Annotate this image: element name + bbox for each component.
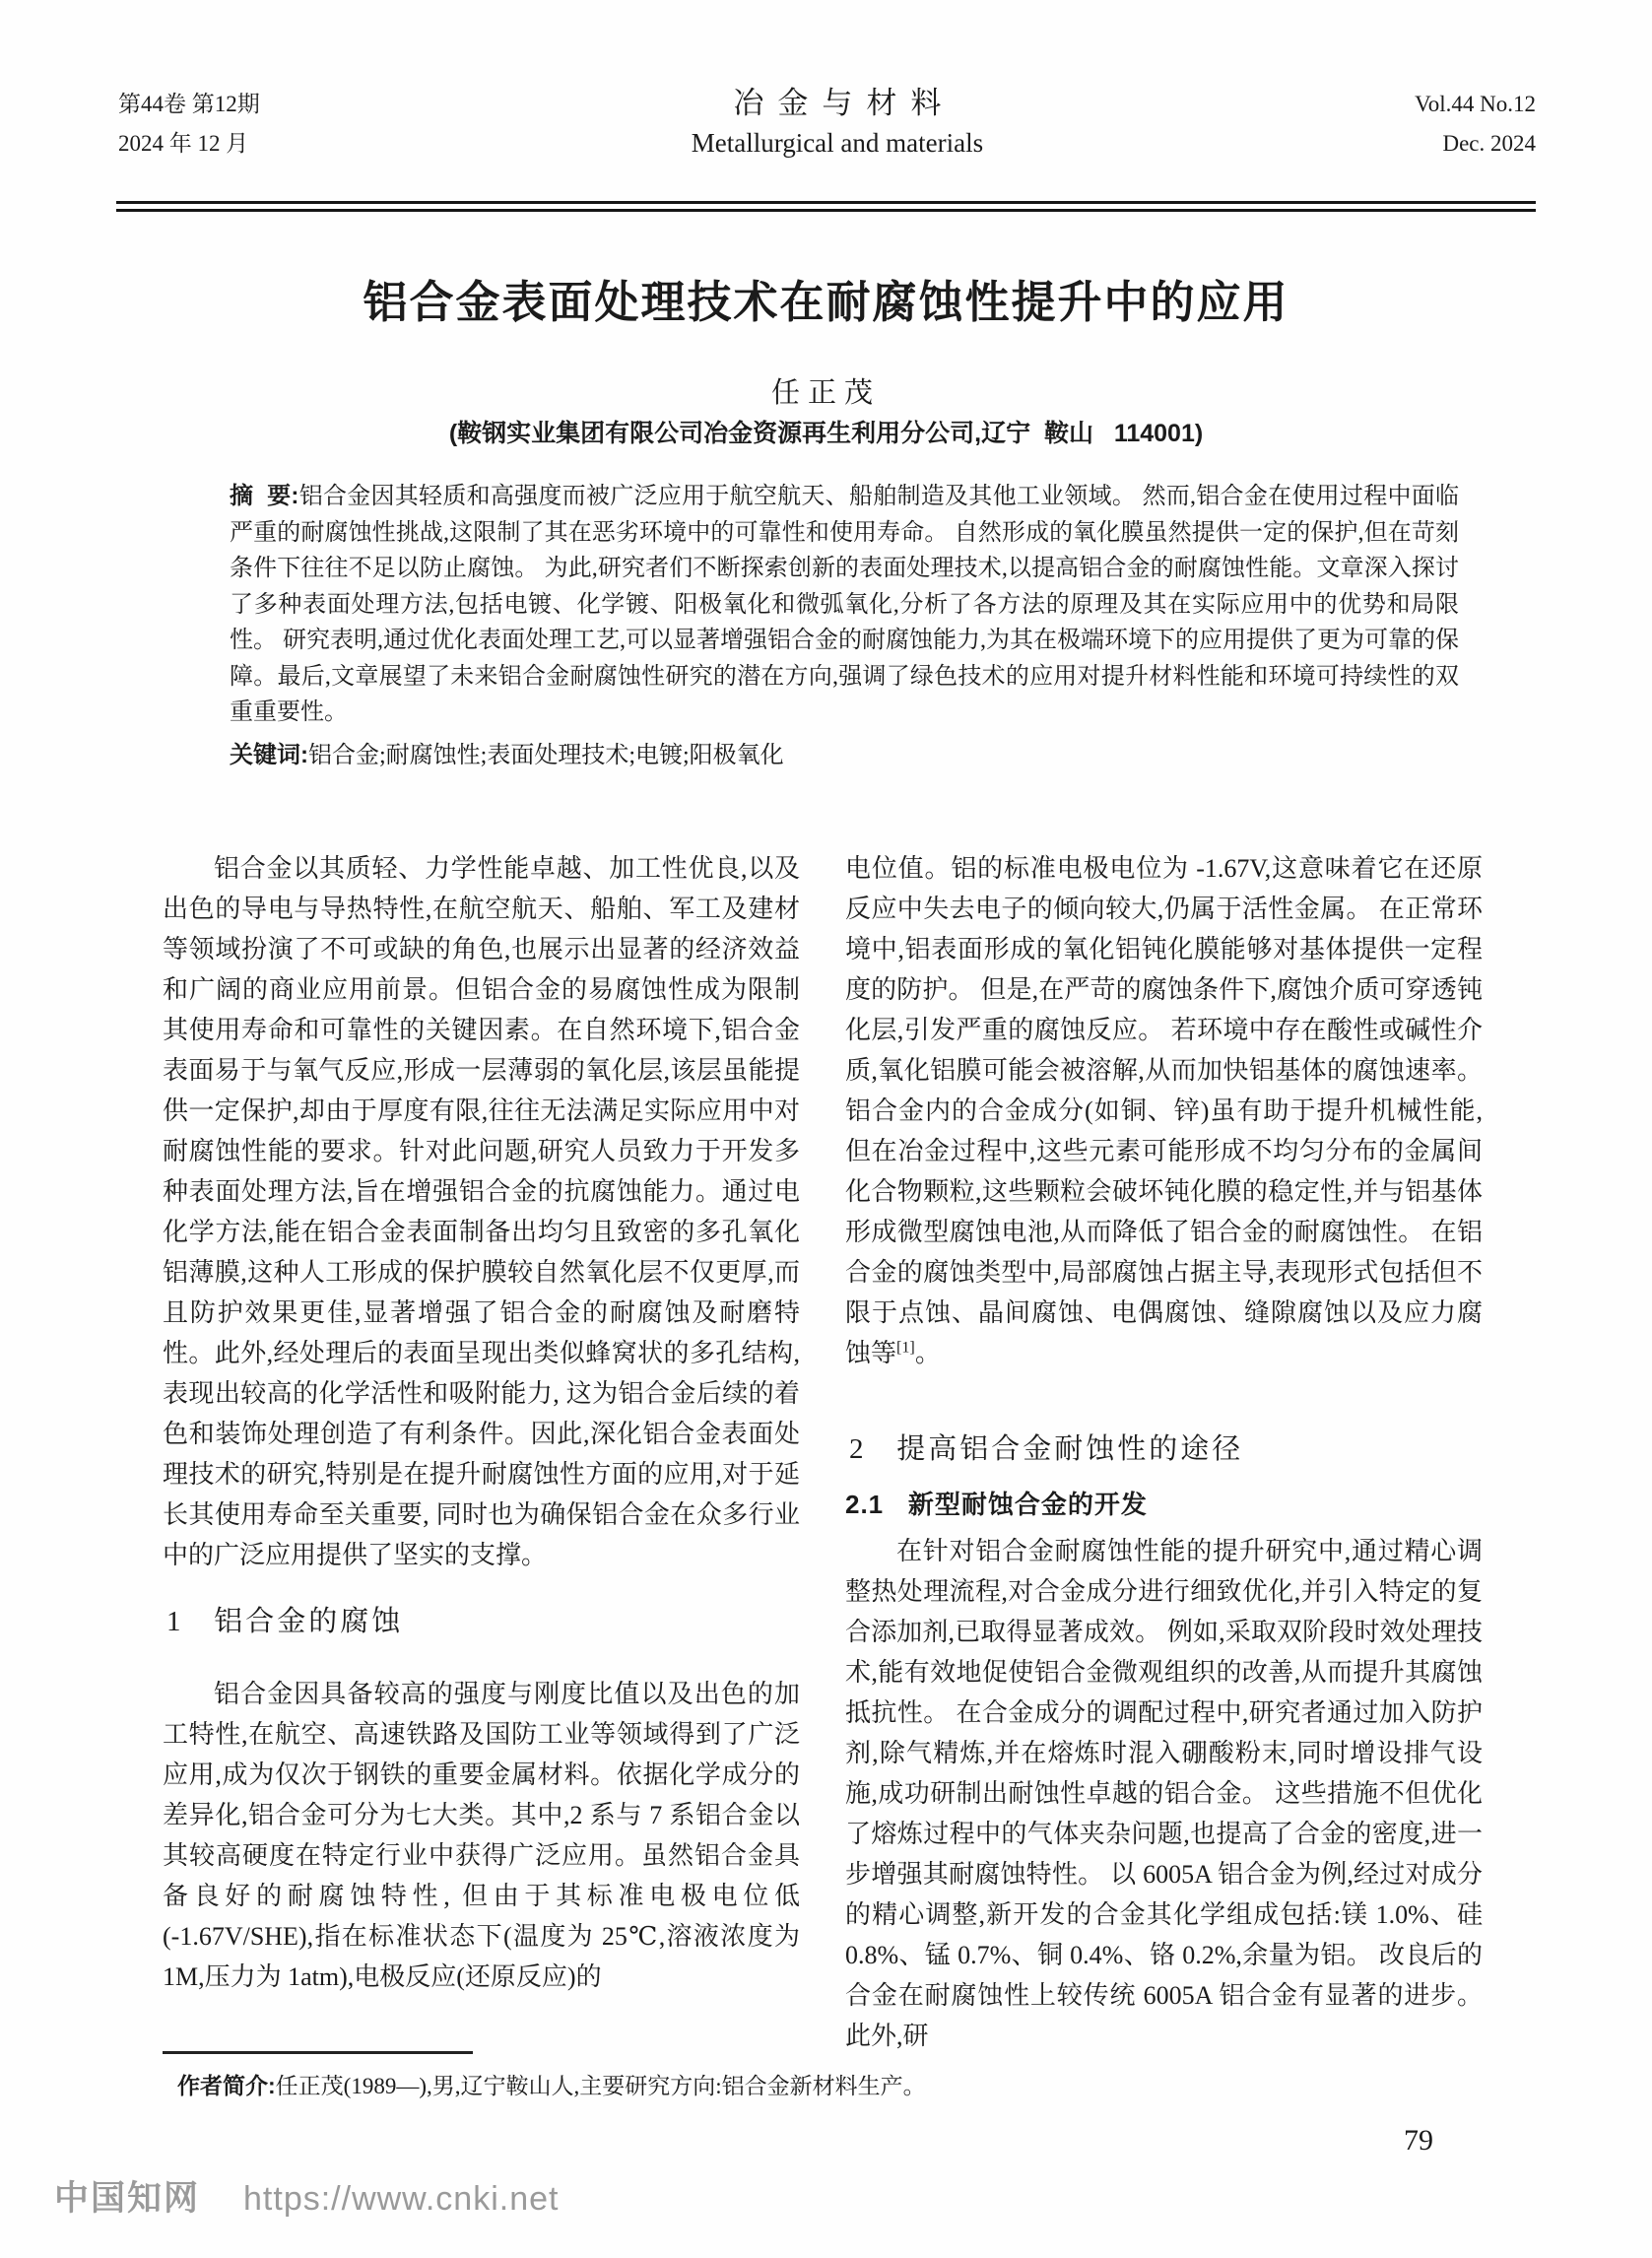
header-double-rule bbox=[116, 201, 1536, 212]
journal-date-cn: 2024 年 12 月 bbox=[118, 124, 260, 164]
footnote-rule bbox=[163, 2051, 473, 2054]
journal-volume-issue: 第44卷 第12期 bbox=[118, 85, 260, 124]
page-number: 79 bbox=[1377, 2124, 1460, 2158]
section2-paragraph: 在针对铝合金耐腐蚀性能的提升研究中,通过精心调整热处理流程,对合金成分进行细致优… bbox=[845, 1531, 1483, 2056]
intro-paragraph: 铝合金以其质轻、力学性能卓越、加工性优良,以及出色的导电与导热特性,在航空航天、… bbox=[163, 848, 800, 1575]
watermark-logo-text: 中国知网 bbox=[54, 2171, 200, 2221]
subsection-heading-2-1: 2.1 新型耐蚀合金的开发 bbox=[845, 1488, 1483, 1521]
section-heading-2: 2 提高铝合金耐蚀性的途径 bbox=[849, 1432, 1483, 1466]
abstract-text: 铝合金因其轻质和高强度而被广泛应用于航空航天、船舶制造及其他工业领域。 然而,铝… bbox=[230, 484, 1459, 725]
body-columns: 铝合金以其质轻、力学性能卓越、加工性优良,以及出色的导电与导热特性,在航空航天、… bbox=[163, 848, 1483, 2056]
journal-title-en: Metallurgical and materials bbox=[692, 122, 983, 164]
watermark-url: https://www.cnki.net bbox=[243, 2180, 559, 2219]
article-author: 任正茂 bbox=[0, 370, 1652, 411]
masthead: 第44卷 第12期 2024 年 12 月 冶金与材料 Metallurgica… bbox=[118, 85, 1536, 164]
paragraph-end: 。 bbox=[915, 1339, 941, 1367]
abstract-paragraph: 摘 要:铝合金因其轻质和高强度而被广泛应用于航空航天、船舶制造及其他工业领域。 … bbox=[230, 479, 1459, 731]
section-heading-1: 1 铝合金的腐蚀 bbox=[166, 1605, 800, 1638]
right-column: 电位值。铝的标准电极电位为 -1.67V,这意味着它在还原反应中失去电子的倾向较… bbox=[845, 848, 1483, 2056]
masthead-right: Vol.44 No.12 Dec. 2024 bbox=[1415, 85, 1536, 164]
section1-paragraph: 铝合金因具备较高的强度与刚度比值以及出色的加工特性,在航空、高速铁路及国防工业等… bbox=[163, 1674, 800, 1997]
journal-date-en: Dec. 2024 bbox=[1415, 124, 1536, 164]
keywords-label: 关键词: bbox=[230, 742, 308, 768]
abstract-section: 摘 要:铝合金因其轻质和高强度而被广泛应用于航空航天、船舶制造及其他工业领域。 … bbox=[230, 479, 1459, 773]
section1-paragraph-continued: 电位值。铝的标准电极电位为 -1.67V,这意味着它在还原反应中失去电子的倾向较… bbox=[845, 848, 1483, 1373]
masthead-center: 冶金与材料 Metallurgical and materials bbox=[692, 85, 983, 164]
journal-page: 第44卷 第12期 2024 年 12 月 冶金与材料 Metallurgica… bbox=[0, 0, 1652, 2258]
keywords-line: 关键词:铝合金;耐腐蚀性;表面处理技术;电镀;阳极氧化 bbox=[230, 738, 1459, 774]
keywords-text: 铝合金;耐腐蚀性;表面处理技术;电镀;阳极氧化 bbox=[308, 743, 784, 768]
footnote-label: 作者简介: bbox=[177, 2073, 276, 2098]
masthead-left: 第44卷 第12期 2024 年 12 月 bbox=[118, 85, 260, 164]
reference-superscript: [1] bbox=[896, 1339, 915, 1356]
left-column: 铝合金以其质轻、力学性能卓越、加工性优良,以及出色的导电与导热特性,在航空航天、… bbox=[163, 848, 800, 2056]
author-bio-footnote: 作者简介:任正茂(1989—),男,辽宁鞍山人,主要研究方向:铝合金新材料生产。 bbox=[177, 2068, 926, 2104]
article-title: 铝合金表面处理技术在耐腐蚀性提升中的应用 bbox=[0, 266, 1652, 330]
footnote-text: 任正茂(1989—),男,辽宁鞍山人,主要研究方向:铝合金新材料生产。 bbox=[276, 2074, 926, 2098]
cnki-watermark: 中国知网 https://www.cnki.net bbox=[54, 2171, 559, 2221]
article-affiliation: (鞍钢实业集团有限公司冶金资源再生利用分公司,辽宁 鞍山 114001) bbox=[0, 414, 1652, 449]
paragraph-text: 电位值。铝的标准电极电位为 -1.67V,这意味着它在还原反应中失去电子的倾向较… bbox=[845, 854, 1483, 1367]
journal-title-cn: 冶金与材料 bbox=[692, 85, 983, 122]
journal-vol-en: Vol.44 No.12 bbox=[1415, 85, 1536, 124]
abstract-label: 摘 要: bbox=[230, 483, 298, 509]
